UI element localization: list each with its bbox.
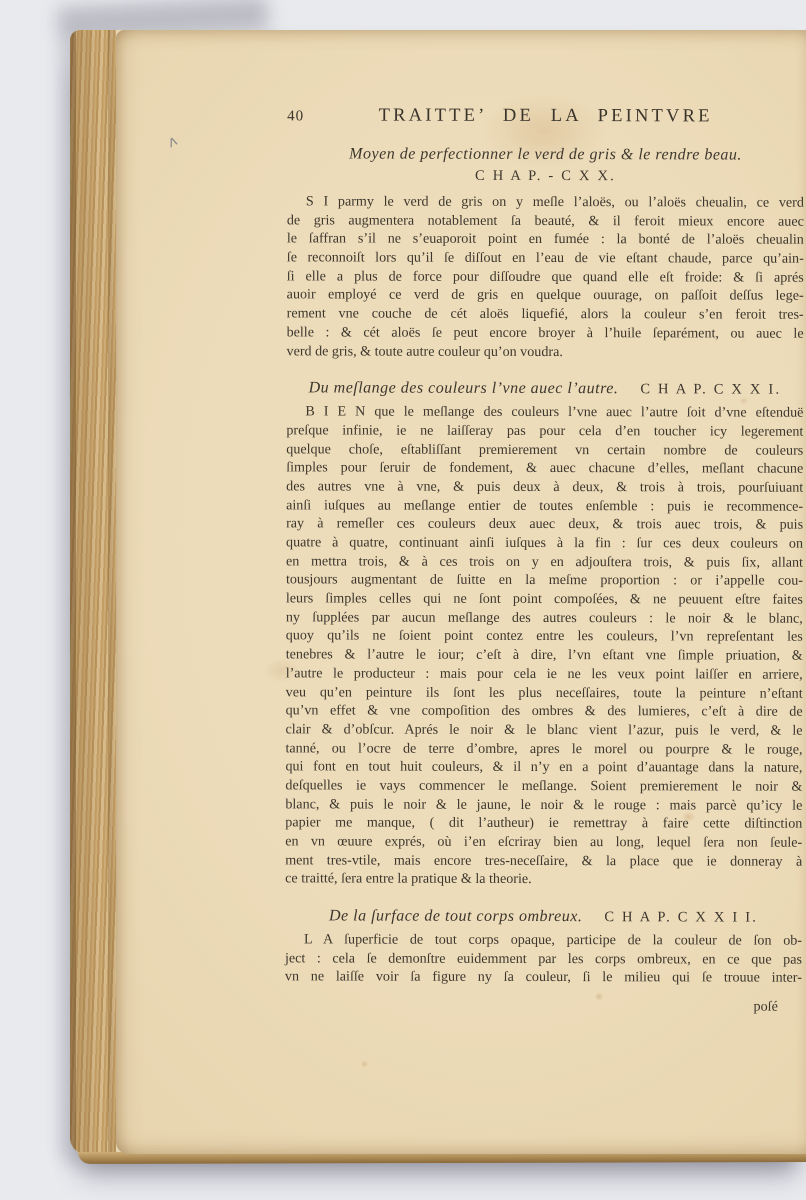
text-line: deſquelles ie vays commencer le meſlange… xyxy=(285,776,802,796)
text-line: quelque choſe, eſtabliſſant premierement… xyxy=(286,440,803,460)
page-header: 40 TRAITTE’ DE LA PEINTVRE xyxy=(287,103,804,128)
text-line: rement vne couche de cét aloës liquefié,… xyxy=(287,304,804,324)
text-line: belle : & cét aloës ſe peut encore broye… xyxy=(287,323,804,343)
text-line: des autres vne à vne, & puis deux à deux… xyxy=(286,477,803,497)
text-block: 40 TRAITTE’ DE LA PEINTVRE Moyen de perf… xyxy=(285,103,804,1016)
text-line: papier me manque, ( dit l’autheur) ie re… xyxy=(285,814,802,834)
text-line: en vn œuure exprés, où i’en eſcriray bie… xyxy=(285,832,802,852)
text-line: S I parmy le verd de gris on y meſle l’a… xyxy=(287,192,804,212)
text-line: verd de gris, & toute autre couleur qu’o… xyxy=(287,342,804,362)
text-line: ment tres-vtile, mais encore tres-neceſſ… xyxy=(285,851,802,871)
text-line: blanc, & puis le noir & le jaune, le noi… xyxy=(285,795,802,815)
text-line: le ſaffran s’il ne s’euaporoit point en … xyxy=(287,230,804,250)
text-line: ainſi iuſques au meſlange entier de tout… xyxy=(286,496,803,516)
text-line: de gris augmentera notablement ſa beauté… xyxy=(287,211,804,231)
paragraph: B I E N que le meſlange des couleurs l’v… xyxy=(285,403,803,890)
text-line: ject : cela ſe demonſtre euidemment par … xyxy=(285,949,802,969)
text-line: ny ſupplées par aucun meſlange des autre… xyxy=(286,608,803,628)
running-title: TRAITTE’ DE LA PEINTVRE xyxy=(287,103,804,127)
section-heading: Du meſlange des couleurs l’vne auec l’au… xyxy=(309,380,619,398)
page-hinge xyxy=(108,30,116,1154)
text-line: tousjours augmentant de ſuitte en la meſ… xyxy=(286,571,803,591)
text-line: qu’vn effet & vne compoſition des ombres… xyxy=(286,702,803,722)
section-heading: De la ſurface de tout corps ombreux. xyxy=(329,907,582,925)
text-line: quatre à quatre, continuant ainſi iuſque… xyxy=(286,533,803,553)
text-line: L A ſuperficie de tout corps opaque, par… xyxy=(285,930,802,950)
text-line: auoir employé ce verd de gris en quelque… xyxy=(287,286,804,306)
paragraph: S I parmy le verd de gris on y meſle l’a… xyxy=(287,192,804,362)
text-line: ſi elle a plus de force pour diſſoudre q… xyxy=(287,267,804,287)
text-line: l’autre le producteur : mais pour cela i… xyxy=(286,664,803,684)
book-page: ʌ 40 TRAITTE’ DE LA PEINTVRE Moyen de pe… xyxy=(116,30,806,1154)
text-line: qui font en tout huit couleurs, & il n’y… xyxy=(285,758,802,778)
pencil-margin-mark: ʌ xyxy=(165,130,179,151)
book: ʌ 40 TRAITTE’ DE LA PEINTVRE Moyen de pe… xyxy=(70,30,806,1154)
paragraph: L A ſuperficie de tout corps opaque, par… xyxy=(285,930,802,987)
chapter-label: C H A P. C X X I. xyxy=(640,381,781,397)
page-edges-stack xyxy=(70,30,116,1154)
text-line: preſque infinie, ie ne laiſſeray pas pou… xyxy=(286,421,803,441)
section-heading-row: De la ſurface de tout corps ombreux.C H … xyxy=(285,907,802,926)
text-line: quoy qu’ils ne ſoient point contez entre… xyxy=(286,627,803,647)
text-line: tenebres & l’autre le iour; c’eſt à dire… xyxy=(286,645,803,665)
text-line: veu qu’en peinture ils ſont les plus nec… xyxy=(286,683,803,703)
section-heading: Moyen de perfectionner le verd de gris &… xyxy=(287,145,804,164)
text-line: ſimples pour ſeruir de fondement, & auec… xyxy=(286,459,803,479)
text-line: leurs ſimples celles qui ne ſont point c… xyxy=(286,589,803,609)
sections-container: Moyen de perfectionner le verd de gris &… xyxy=(285,145,804,987)
chapter-label: C H A P. - C X X. xyxy=(287,167,804,185)
text-line: vn ne laiſſe voir ſa figure ny ſa couleu… xyxy=(285,968,802,988)
text-line: ray à remeſler ces couleurs deux auec de… xyxy=(286,515,803,535)
page-number: 40 xyxy=(287,108,304,125)
catchword: poſé xyxy=(285,996,802,1016)
text-line: en mettra trois, & à ces trois on y en a… xyxy=(286,552,803,572)
text-line: ce traitté, ſera entre la pratique & la … xyxy=(285,870,802,890)
chapter-label: C H A P. C X X I I. xyxy=(604,909,758,925)
text-line: tanné, ou l’ocre de terre d’ombre, apres… xyxy=(285,739,802,759)
text-line: B I E N que le meſlange des couleurs l’v… xyxy=(286,403,803,423)
text-line: ſe reconnoiſt lors qu’il ſe diſſout en l… xyxy=(287,248,804,268)
section-heading-row: Du meſlange des couleurs l’vne auec l’au… xyxy=(286,380,803,399)
text-line: clair & d’obſcur. Aprés le noir & le bla… xyxy=(286,720,803,740)
